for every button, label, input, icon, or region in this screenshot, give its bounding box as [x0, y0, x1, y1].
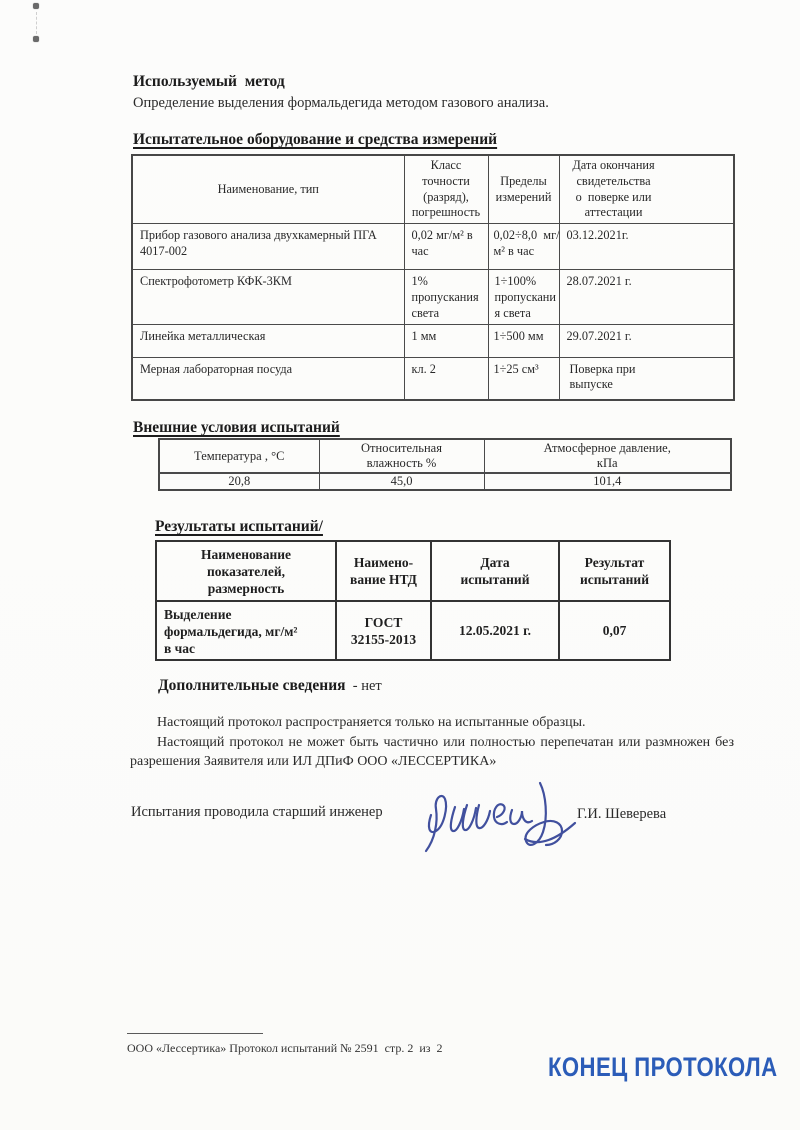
notes-block: Настоящий протокол распространяется толь… — [130, 713, 734, 772]
conditions-table-title: Внешние условия испытаний — [133, 419, 340, 437]
table-row: 20,8 45,0 101,4 — [159, 473, 731, 490]
table-row: Спектрофотометр КФК-3КМ 1% пропускания с… — [132, 270, 734, 324]
footer-reference: ООО «Лессертика» Протокол испытаний № 25… — [127, 1041, 442, 1056]
column-header: Наименование показателей, размерность — [156, 541, 336, 601]
table-cell: Поверка при выпуске — [559, 357, 734, 400]
column-header: Температура , °С — [159, 439, 319, 473]
table-cell: 28.07.2021 г. — [559, 270, 734, 324]
scan-artifact-dot — [33, 36, 39, 42]
column-header: Дата испытаний — [431, 541, 559, 601]
column-header: Наимено- вание НТД — [336, 541, 431, 601]
table-cell: Выделение формальдегида, мг/м² в час — [156, 601, 336, 660]
method-section-title: Используемый метод — [133, 73, 285, 91]
signature-scribble — [415, 775, 587, 863]
table-row: Линейка металлическая 1 мм 1÷500 мм 29.0… — [132, 324, 734, 357]
table-cell: 0,02÷8,0 мг/ м² в час — [488, 224, 559, 270]
additional-info-line: Дополнительные сведения - нет — [158, 677, 382, 695]
equipment-table-title: Испытательное оборудование и средства из… — [133, 131, 497, 149]
table-cell: 20,8 — [159, 473, 319, 490]
additional-info-label: Дополнительные сведения — [158, 677, 346, 694]
column-header: Относительная влажность % — [319, 439, 484, 473]
table-row: Мерная лабораторная посуда кл. 2 1÷25 см… — [132, 357, 734, 400]
column-header: Пределы измерений — [488, 155, 559, 224]
table-cell: 03.12.2021г. — [559, 224, 734, 270]
table-cell: Линейка металлическая — [132, 324, 404, 357]
column-header: Результат испытаний — [559, 541, 670, 601]
column-header: Класс точности (разряд), погрешность — [404, 155, 488, 224]
table-header-row: Наименование показателей, размерность На… — [156, 541, 670, 601]
end-of-protocol-stamp: КОНЕЦ ПРОТОКОЛА — [548, 1052, 777, 1083]
table-header-row: Наименование, тип Класс точности (разряд… — [132, 155, 734, 224]
results-table-title: Результаты испытаний/ — [155, 518, 323, 536]
table-cell: кл. 2 — [404, 357, 488, 400]
column-header-text: Дата окончания свидетельства о поверке и… — [564, 158, 664, 221]
additional-info-value: - нет — [346, 678, 382, 694]
column-header: Дата окончания свидетельства о поверке и… — [559, 155, 734, 224]
equipment-table: Наименование, тип Класс точности (разряд… — [131, 154, 735, 401]
note-paragraph: Настоящий протокол не может быть частичн… — [130, 733, 734, 772]
footer-rule — [127, 1033, 263, 1034]
table-cell: 1% пропускания света — [404, 270, 488, 324]
note-paragraph: Настоящий протокол распространяется толь… — [130, 713, 734, 733]
table-header-row: Температура , °С Относительная влажность… — [159, 439, 731, 473]
table-cell: 29.07.2021 г. — [559, 324, 734, 357]
signature-caption: Испытания проводила старший инженер — [131, 804, 383, 821]
table-cell: 12.05.2021 г. — [431, 601, 559, 660]
table-cell: ГОСТ 32155-2013 — [336, 601, 431, 660]
table-row: Прибор газового анализа двухкамерный ПГА… — [132, 224, 734, 270]
table-cell: 1÷500 мм — [488, 324, 559, 357]
scan-artifact-perforation — [36, 12, 37, 34]
table-cell: 0,07 — [559, 601, 670, 660]
table-cell: 1÷25 см³ — [488, 357, 559, 400]
table-cell: 1÷100% пропускани я света — [488, 270, 559, 324]
table-cell: 1 мм — [404, 324, 488, 357]
signer-name: Г.И. Шеверева — [577, 806, 666, 823]
method-description: Определение выделения формальдегида мето… — [133, 95, 549, 112]
scan-artifact-dot — [33, 3, 39, 9]
table-cell: 45,0 — [319, 473, 484, 490]
table-row: Выделение формальдегида, мг/м² в час ГОС… — [156, 601, 670, 660]
table-cell: Прибор газового анализа двухкамерный ПГА… — [132, 224, 404, 270]
table-cell: Спектрофотометр КФК-3КМ — [132, 270, 404, 324]
column-header: Наименование, тип — [132, 155, 404, 224]
results-table: Наименование показателей, размерность На… — [155, 540, 671, 661]
table-cell: 0,02 мг/м² в час — [404, 224, 488, 270]
scanned-protocol-page: Используемый метод Определение выделения… — [0, 0, 800, 1130]
table-cell: Мерная лабораторная посуда — [132, 357, 404, 400]
table-cell: 101,4 — [484, 473, 731, 490]
conditions-table: Температура , °С Относительная влажность… — [158, 438, 732, 491]
column-header: Атмосферное давление, кПа — [484, 439, 731, 473]
